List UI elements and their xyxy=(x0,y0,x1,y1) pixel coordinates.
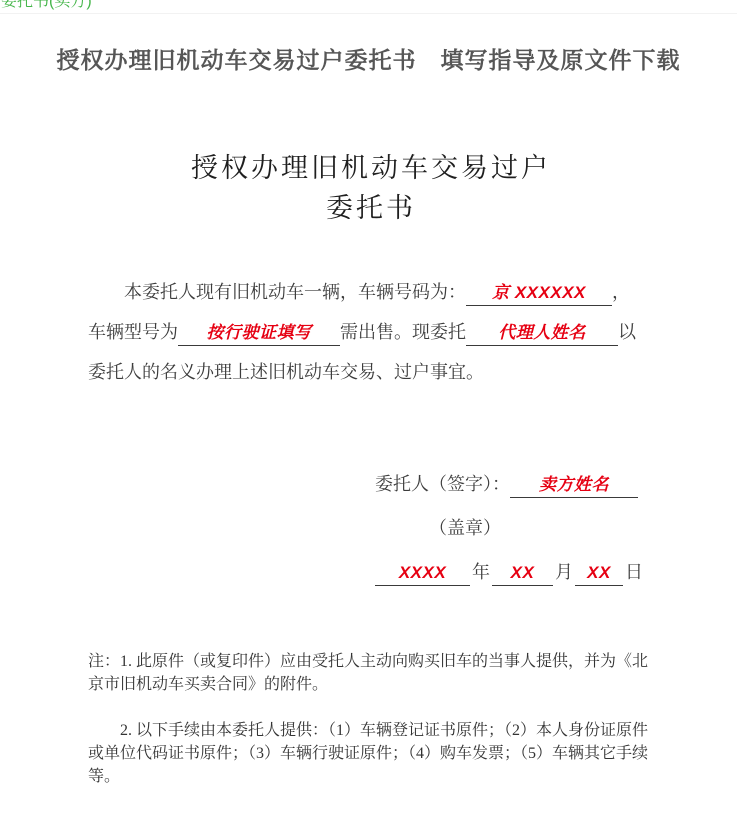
document-body: 授权办理旧机动车交易过户 委托书 本委托人现有旧机动车一辆，车辆号码为：京 XX… xyxy=(88,0,654,824)
document-title-line1: 授权办理旧机动车交易过户 xyxy=(88,148,654,188)
signature-line: 委托人（签字）：卖方姓名 xyxy=(375,462,645,506)
seller-name-placeholder: 卖方姓名 xyxy=(539,475,609,494)
month-label: 月 xyxy=(553,562,575,582)
day-blank: XX xyxy=(575,560,623,586)
document-title-line2: 委托书 xyxy=(88,188,654,228)
paragraph-line-2: 车辆型号为按行驶证填写需出售。现委托代理人姓名以 xyxy=(88,312,654,352)
para-seg2: ， xyxy=(612,282,630,302)
seal-label: （盖章） xyxy=(429,518,501,538)
para-seg3: 车辆型号为 xyxy=(88,322,178,342)
vehicle-model-placeholder: 按行驶证填写 xyxy=(207,323,312,342)
day-placeholder: XX xyxy=(587,563,611,582)
plate-number-placeholder: 京 XXXXXX xyxy=(492,283,586,302)
signature-block: 委托人（签字）：卖方姓名 （盖章） XXXX年XX月XX日 xyxy=(375,462,645,594)
paragraph-line-3: 委托人的名义办理上述旧机动车交易、过户事宜。 xyxy=(88,352,654,392)
para-seg5: 以 xyxy=(618,322,636,342)
note-item-2: 2. 以下手续由本委托人提供：（1）车辆登记证书原件；（2）本人身份证原件或单位… xyxy=(88,719,654,788)
notes-section: 注：1. 此原件（或复印件）应由受托人主动向购买旧车的当事人提供，并为《北京市旧… xyxy=(88,650,654,788)
top-link-weituoshu-seller[interactable]: 委托书(卖方) xyxy=(1,0,92,13)
page: 委托书(卖方) 授权办理旧机动车交易过户委托书 填写指导及原文件下载 授权办理旧… xyxy=(0,0,737,824)
month-placeholder: XX xyxy=(511,563,535,582)
agent-name-blank: 代理人姓名 xyxy=(466,320,618,346)
day-label: 日 xyxy=(623,562,645,582)
signature-label: 委托人（签字）： xyxy=(375,474,510,494)
plate-number-blank: 京 XXXXXX xyxy=(466,280,612,306)
paragraph-line-1: 本委托人现有旧机动车一辆，车辆号码为：京 XXXXXX， xyxy=(88,272,654,312)
year-placeholder: XXXX xyxy=(399,563,446,582)
month-blank: XX xyxy=(492,560,553,586)
document-title: 授权办理旧机动车交易过户 委托书 xyxy=(88,148,654,228)
year-blank: XXXX xyxy=(375,560,470,586)
document-paragraph: 本委托人现有旧机动车一辆，车辆号码为：京 XXXXXX， 车辆型号为按行驶证填写… xyxy=(88,272,654,392)
para-seg1: 本委托人现有旧机动车一辆，车辆号码为： xyxy=(124,282,466,302)
note-item-1: 注：1. 此原件（或复印件）应由受托人主动向购买旧车的当事人提供，并为《北京市旧… xyxy=(88,650,654,696)
date-line: XXXX年XX月XX日 xyxy=(375,550,645,594)
seller-name-blank: 卖方姓名 xyxy=(510,472,638,498)
agent-name-placeholder: 代理人姓名 xyxy=(498,323,586,342)
year-label: 年 xyxy=(470,562,492,582)
para-seg4: 需出售。现委托 xyxy=(340,322,466,342)
para-seg6: 委托人的名义办理上述旧机动车交易、过户事宜。 xyxy=(88,362,484,382)
seal-line: （盖章） xyxy=(375,506,645,550)
vehicle-model-blank: 按行驶证填写 xyxy=(178,320,340,346)
